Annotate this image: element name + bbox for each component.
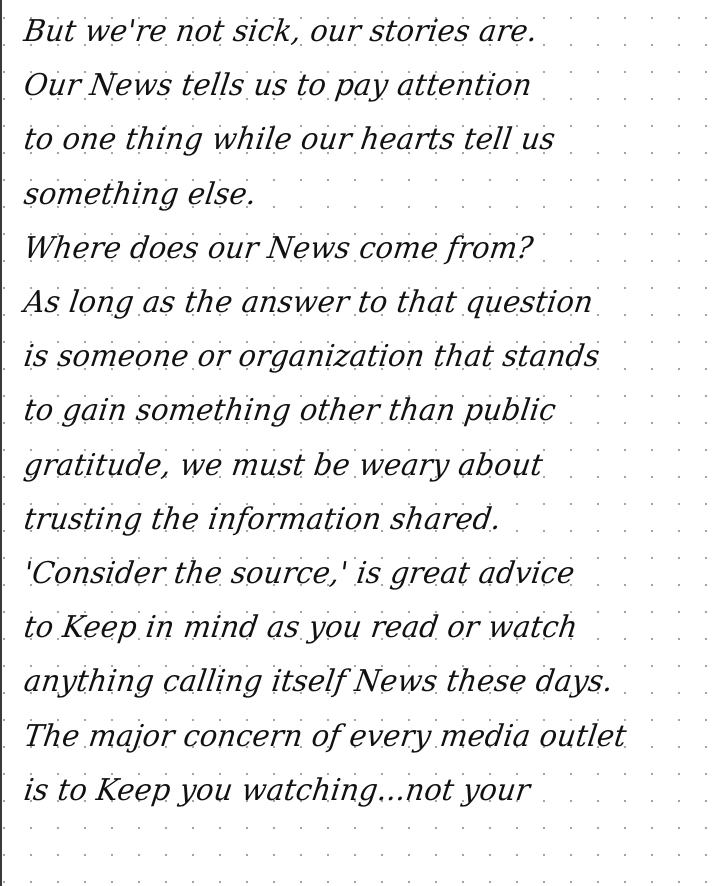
text-line: But we're not sick, our stories are. [22,17,539,47]
text-line: anything calling itself News these days. [22,667,615,697]
text-line: Where does our News come from? [22,234,535,264]
text-line: is to Keep you watching...not your [22,776,532,806]
text-line: As long as the answer to that question [22,288,595,318]
text-line: trusting the information shared. [22,505,503,535]
text-line: 'Consider the source,' is great advice [22,559,576,589]
text-line: to gain something other than public [22,396,558,426]
text-line: to Keep in mind as you read or watch [22,613,580,643]
text-line: The major concern of every media outlet [22,722,628,752]
dot-grid-page: But we're not sick, our stories are. Our… [0,0,714,886]
text-line: something else. [22,180,258,210]
text-line: is someone or organization that stands [22,342,601,372]
text-line: to one thing while our hearts tell us [22,125,557,155]
text-line: gratitude, we must be weary about [22,451,545,481]
text-line: Our News tells us to pay attention [22,71,534,101]
